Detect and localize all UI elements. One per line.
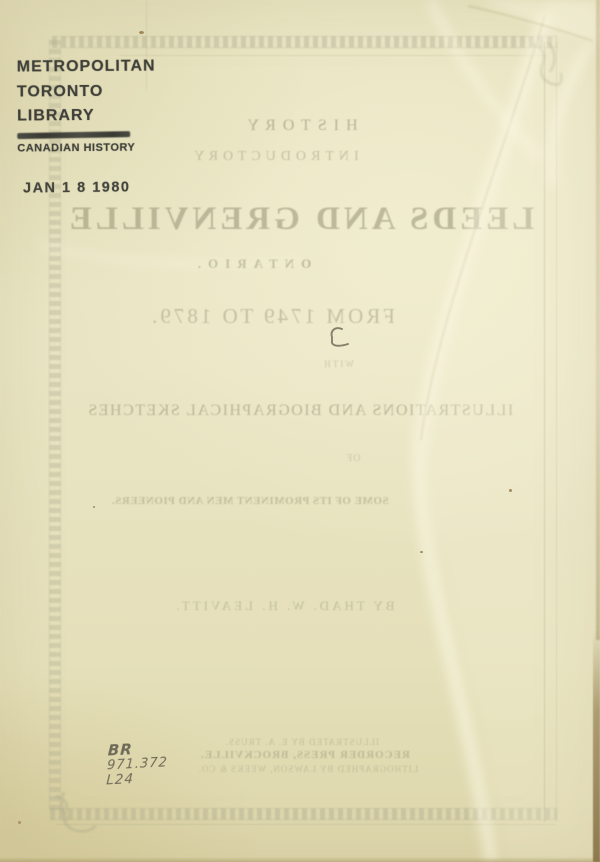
stamp-underline-bar bbox=[17, 131, 130, 139]
stamp-line-3: LIBRARY bbox=[17, 104, 156, 129]
date-stamp: JAN 1 8 1980 bbox=[23, 179, 131, 196]
foxing-speck bbox=[139, 31, 144, 34]
stamp-department-line: CANADIAN HISTORY bbox=[17, 141, 156, 154]
library-ownership-stamp: METROPOLITAN TORONTO LIBRARY CANADIAN HI… bbox=[17, 55, 156, 154]
foxing-speck bbox=[93, 506, 95, 508]
page-edge-right-upper bbox=[596, 0, 600, 640]
foxing-speck bbox=[18, 821, 21, 824]
pencil-mark bbox=[322, 322, 362, 352]
page-edge-bottom bbox=[0, 857, 600, 862]
foxing-speck bbox=[509, 489, 512, 492]
stamp-line-1: METROPOLITAN bbox=[17, 55, 156, 80]
call-number-pencil: BR 971.372 L24 bbox=[106, 740, 169, 788]
page-edge-right-lower bbox=[593, 630, 600, 862]
foxing-speck bbox=[420, 551, 423, 553]
call-number-line-3: L24 bbox=[106, 770, 167, 788]
scanned-book-page: HISTORY INTRODUCTORY LEEDS AND GRENVILLE… bbox=[0, 0, 600, 862]
stamp-line-2: TORONTO bbox=[17, 79, 156, 104]
call-number-line-2: 971.372 bbox=[107, 755, 168, 773]
